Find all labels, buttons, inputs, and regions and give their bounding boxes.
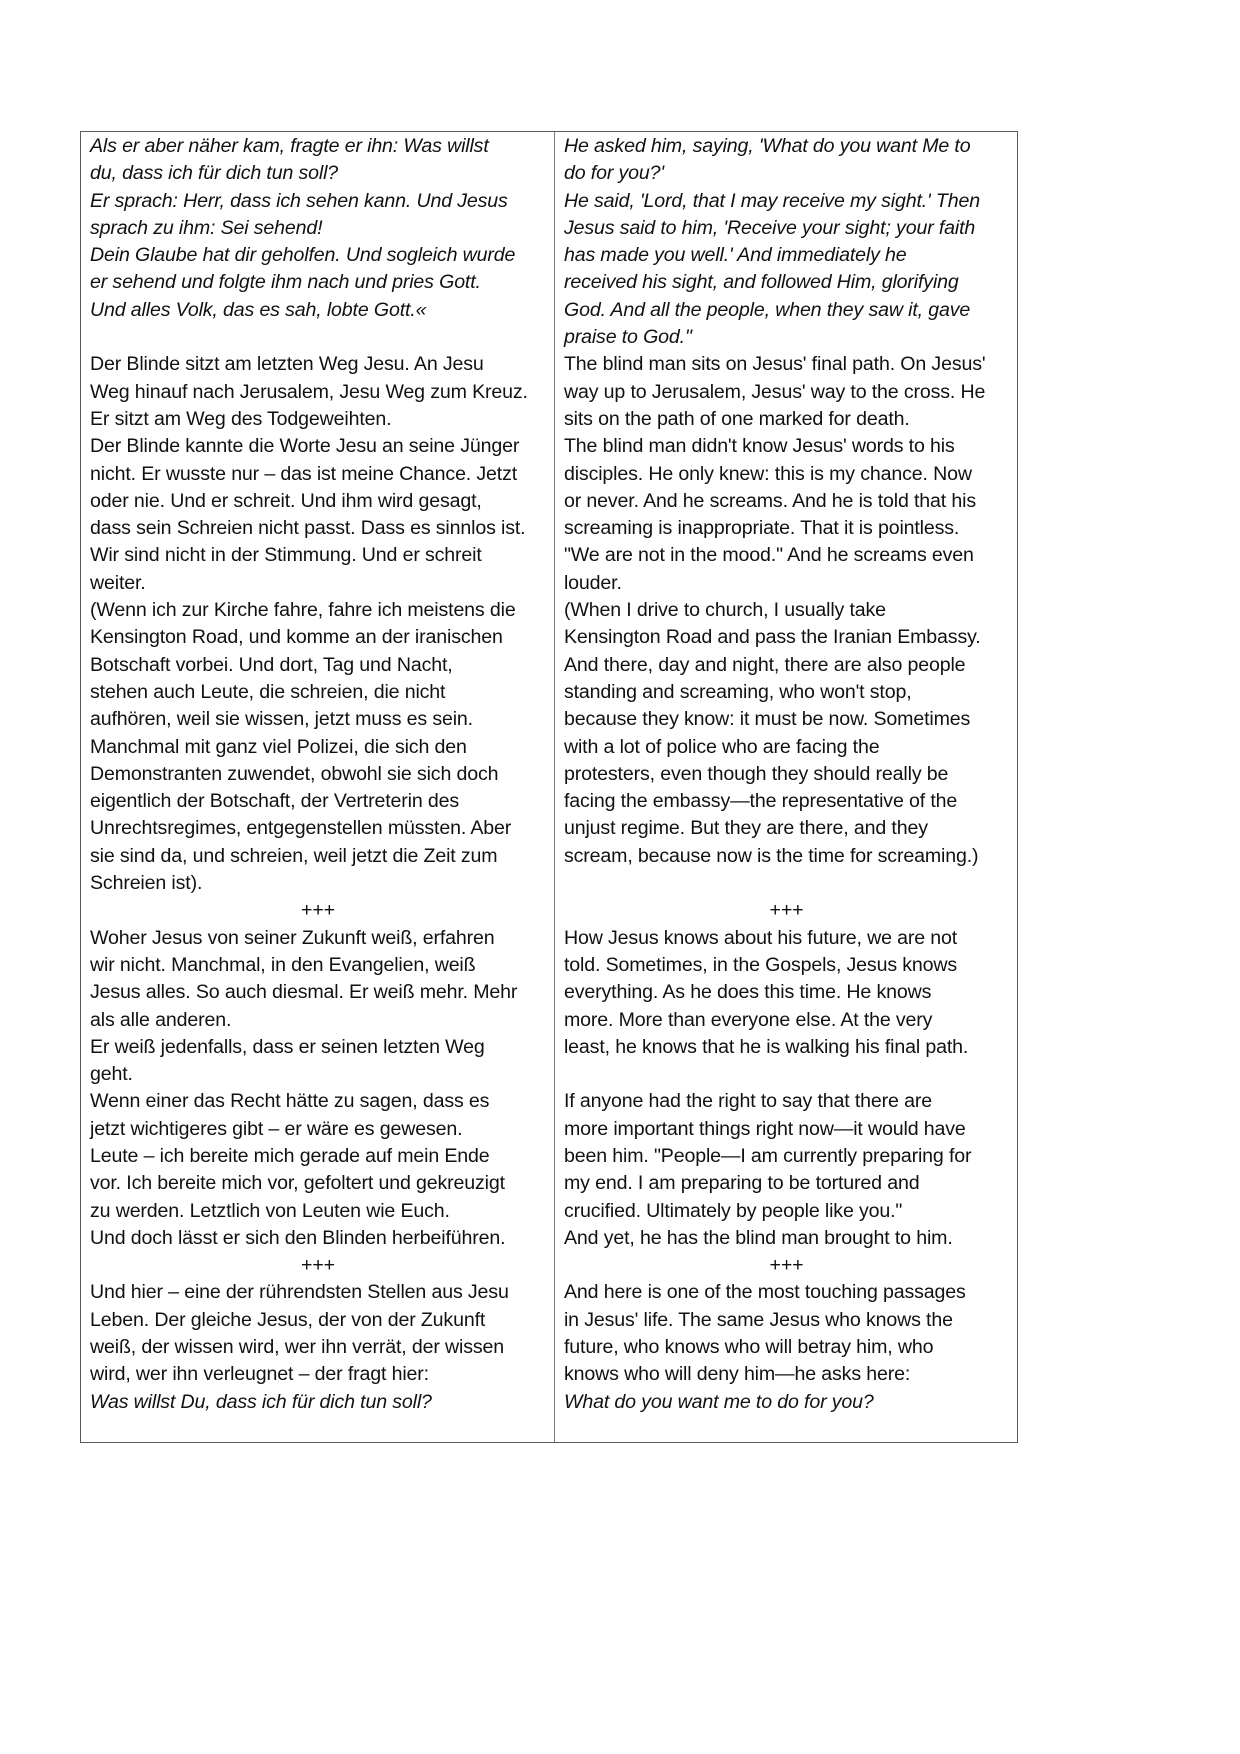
- text-line: wird, wer ihn verleugnet – der fragt hie…: [90, 1361, 546, 1388]
- text-line: because they know: it must be now. Somet…: [564, 706, 1009, 733]
- text-line: Der Blinde sitzt am letzten Weg Jesu. An…: [90, 351, 546, 378]
- text-line: er sehend und folgte ihm nach und pries …: [90, 269, 546, 296]
- text-line: received his sight, and followed Him, gl…: [564, 269, 1009, 296]
- text-line: Jesus alles. So auch diesmal. Er weiß me…: [90, 979, 546, 1006]
- text-line: Und hier – eine der rührendsten Stellen …: [90, 1279, 546, 1306]
- text-line: Der Blinde kannte die Worte Jesu an sein…: [90, 433, 546, 460]
- text-line: eigentlich der Botschaft, der Vertreteri…: [90, 788, 546, 815]
- text-line: Als er aber näher kam, fragte er ihn: Wa…: [90, 133, 546, 160]
- english-column: He asked him, saying, 'What do you want …: [555, 132, 1017, 1442]
- text-line: How Jesus knows about his future, we are…: [564, 925, 1009, 952]
- text-line: sits on the path of one marked for death…: [564, 406, 1009, 433]
- text-line: Er sitzt am Weg des Todgeweihten.: [90, 406, 546, 433]
- text-line: Wir sind nicht in der Stimmung. Und er s…: [90, 542, 546, 569]
- text-line: Demonstranten zuwendet, obwohl sie sich …: [90, 761, 546, 788]
- text-line: everything. As he does this time. He kno…: [564, 979, 1009, 1006]
- text-line: in Jesus' life. The same Jesus who knows…: [564, 1307, 1009, 1334]
- text-line: Was willst Du, dass ich für dich tun sol…: [90, 1389, 546, 1416]
- text-line: future, who knows who will betray him, w…: [564, 1334, 1009, 1361]
- blank-line: [564, 1061, 1009, 1088]
- text-line: Leute – ich bereite mich gerade auf mein…: [90, 1143, 546, 1170]
- text-line: If anyone had the right to say that ther…: [564, 1088, 1009, 1115]
- text-line: vor. Ich bereite mich vor, gefoltert und…: [90, 1170, 546, 1197]
- text-line: Und doch lässt er sich den Blinden herbe…: [90, 1225, 546, 1252]
- text-line: jetzt wichtigeres gibt – er wäre es gewe…: [90, 1116, 546, 1143]
- text-line: Leben. Der gleiche Jesus, der von der Zu…: [90, 1307, 546, 1334]
- section-divider: +++: [90, 1252, 546, 1279]
- text-line: unjust regime. But they are there, and t…: [564, 815, 1009, 842]
- text-line: Kensington Road, und komme an der iranis…: [90, 624, 546, 651]
- text-line: Er weiß jedenfalls, dass er seinen letzt…: [90, 1034, 546, 1061]
- text-line: sprach zu ihm: Sei sehend!: [90, 215, 546, 242]
- text-line: nicht. Er wusste nur – das ist meine Cha…: [90, 461, 546, 488]
- text-line: And there, day and night, there are also…: [564, 652, 1009, 679]
- text-line: louder.: [564, 570, 1009, 597]
- text-line: Wenn einer das Recht hätte zu sagen, das…: [90, 1088, 546, 1115]
- text-line: my end. I am preparing to be tortured an…: [564, 1170, 1009, 1197]
- section-divider: +++: [90, 897, 546, 924]
- section-divider: +++: [564, 897, 1009, 924]
- text-line: du, dass ich für dich tun soll?: [90, 160, 546, 187]
- text-line: oder nie. Und er schreit. Und ihm wird g…: [90, 488, 546, 515]
- text-line: protesters, even though they should real…: [564, 761, 1009, 788]
- text-line: Schreien ist).: [90, 870, 546, 897]
- text-line: Dein Glaube hat dir geholfen. Und soglei…: [90, 242, 546, 269]
- text-line: zu werden. Letztlich von Leuten wie Euch…: [90, 1198, 546, 1225]
- text-line: Woher Jesus von seiner Zukunft weiß, erf…: [90, 925, 546, 952]
- text-line: disciples. He only knew: this is my chan…: [564, 461, 1009, 488]
- text-line: The blind man didn't know Jesus' words t…: [564, 433, 1009, 460]
- text-line: weiß, der wissen wird, wer ihn verrät, d…: [90, 1334, 546, 1361]
- text-line: scream, because now is the time for scre…: [564, 843, 1009, 870]
- text-line: screaming is inappropriate. That it is p…: [564, 515, 1009, 542]
- text-line: The blind man sits on Jesus' final path.…: [564, 351, 1009, 378]
- text-line: aufhören, weil sie wissen, jetzt muss es…: [90, 706, 546, 733]
- text-line: (Wenn ich zur Kirche fahre, fahre ich me…: [90, 597, 546, 624]
- text-line: And yet, he has the blind man brought to…: [564, 1225, 1009, 1252]
- text-line: or never. And he screams. And he is told…: [564, 488, 1009, 515]
- text-line: told. Sometimes, in the Gospels, Jesus k…: [564, 952, 1009, 979]
- text-line: God. And all the people, when they saw i…: [564, 297, 1009, 324]
- german-column: Als er aber näher kam, fragte er ihn: Wa…: [81, 132, 555, 1442]
- text-line: Botschaft vorbei. Und dort, Tag und Nach…: [90, 652, 546, 679]
- text-line: least, he knows that he is walking his f…: [564, 1034, 1009, 1061]
- text-line: has made you well.' And immediately he: [564, 242, 1009, 269]
- text-line: Jesus said to him, 'Receive your sight; …: [564, 215, 1009, 242]
- text-line: And here is one of the most touching pas…: [564, 1279, 1009, 1306]
- blank-line: [564, 870, 1009, 897]
- text-line: Weg hinauf nach Jerusalem, Jesu Weg zum …: [90, 379, 546, 406]
- text-line: do for you?': [564, 160, 1009, 187]
- text-line: Er sprach: Herr, dass ich sehen kann. Un…: [90, 188, 546, 215]
- text-line: Manchmal mit ganz viel Polizei, die sich…: [90, 734, 546, 761]
- text-line: "We are not in the mood." And he screams…: [564, 542, 1009, 569]
- text-line: Kensington Road and pass the Iranian Emb…: [564, 624, 1009, 651]
- text-line: sie sind da, und schreien, weil jetzt di…: [90, 843, 546, 870]
- text-line: als alle anderen.: [90, 1007, 546, 1034]
- text-line: He said, 'Lord, that I may receive my si…: [564, 188, 1009, 215]
- text-line: He asked him, saying, 'What do you want …: [564, 133, 1009, 160]
- text-line: stehen auch Leute, die schreien, die nic…: [90, 679, 546, 706]
- text-line: wir nicht. Manchmal, in den Evangelien, …: [90, 952, 546, 979]
- text-line: geht.: [90, 1061, 546, 1088]
- text-line: with a lot of police who are facing the: [564, 734, 1009, 761]
- text-line: weiter.: [90, 570, 546, 597]
- document-page: Als er aber näher kam, fragte er ihn: Wa…: [0, 0, 1240, 1754]
- text-line: (When I drive to church, I usually take: [564, 597, 1009, 624]
- text-line: knows who will deny him—he asks here:: [564, 1361, 1009, 1388]
- text-line: praise to God.": [564, 324, 1009, 351]
- text-line: way up to Jerusalem, Jesus' way to the c…: [564, 379, 1009, 406]
- text-line: standing and screaming, who won't stop,: [564, 679, 1009, 706]
- text-line: more. More than everyone else. At the ve…: [564, 1007, 1009, 1034]
- text-line: facing the embassy—the representative of…: [564, 788, 1009, 815]
- text-line: Unrechtsregimes, entgegenstellen müssten…: [90, 815, 546, 842]
- text-line: Und alles Volk, das es sah, lobte Gott.«: [90, 297, 546, 324]
- text-line: dass sein Schreien nicht passt. Dass es …: [90, 515, 546, 542]
- text-line: What do you want me to do for you?: [564, 1389, 1009, 1416]
- bilingual-table: Als er aber näher kam, fragte er ihn: Wa…: [80, 131, 1018, 1443]
- blank-line: [90, 324, 546, 351]
- text-line: been him. "People—I am currently prepari…: [564, 1143, 1009, 1170]
- section-divider: +++: [564, 1252, 1009, 1279]
- text-line: more important things right now—it would…: [564, 1116, 1009, 1143]
- text-line: crucified. Ultimately by people like you…: [564, 1198, 1009, 1225]
